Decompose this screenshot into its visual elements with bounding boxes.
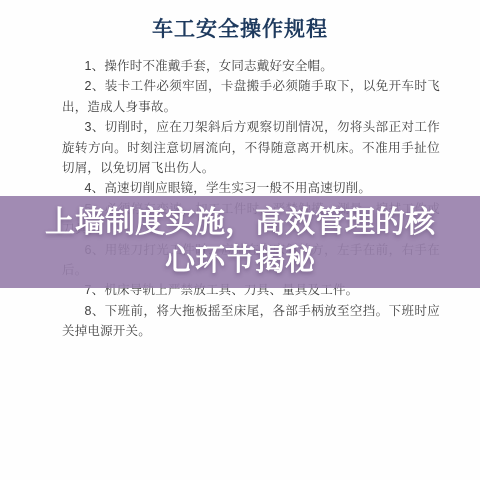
page: 车工安全操作规程 1、操作时不准戴手套，女同志戴好安全帽。2、装卡工件必须牢固，… [0, 0, 480, 480]
overlay-banner: 上墙制度实施，高效管理的核心环节揭秘 [0, 196, 480, 288]
regulation-item: 8、下班前，将大拖板摇至床尾，各部手柄放至空挡。下班时应关掉电源开关。 [62, 301, 440, 342]
overlay-headline: 上墙制度实施，高效管理的核心环节揭秘 [39, 204, 441, 280]
regulation-item: 3、切削时，应在刀架斜后方观察切削情况，勿将头部正对工作旋转方向。时刻注意切屑流… [62, 117, 440, 178]
regulation-item: 2、装卡工件必须牢固，卡盘搬手必须随手取下，以免开车时飞出，造成人身事故。 [62, 76, 440, 117]
regulation-item: 1、操作时不准戴手套，女同志戴好安全帽。 [62, 56, 440, 76]
page-title: 车工安全操作规程 [0, 13, 480, 43]
